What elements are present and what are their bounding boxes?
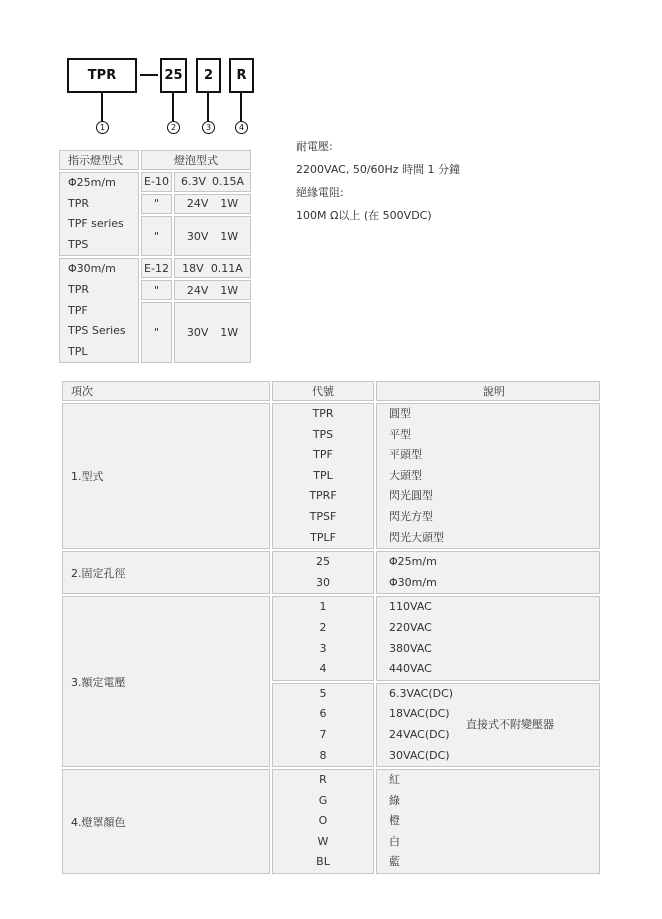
desc-value: 220VAC <box>389 618 599 639</box>
code-value: TPSF <box>273 507 373 528</box>
desc-value: 藍 <box>389 852 599 873</box>
model-line: TPF <box>68 301 138 322</box>
desc-value: 圓型 <box>389 404 599 425</box>
rating-voltage: 24V <box>187 197 209 210</box>
model-line: Φ25m/m <box>68 173 138 194</box>
code-value: 8 <box>273 746 373 767</box>
diagram-box-size: 25 <box>160 58 187 93</box>
lamp-spec-table: 指示燈型式 燈泡型式 Φ25m/m TPR TPF series TPS E-1… <box>57 148 253 365</box>
insulation-resistance-value: 100M Ω以上 (在 500VDC) <box>296 210 460 222</box>
desc-value: Φ25m/m <box>389 552 599 573</box>
desc-value: 紅 <box>389 770 599 791</box>
diagram-box-series: TPR <box>67 58 137 93</box>
section-codes-color: R G O W BL <box>272 769 374 874</box>
code-value: 3 <box>273 639 373 660</box>
code-value: 6 <box>273 704 373 725</box>
callout-2-icon: 2 <box>167 121 180 134</box>
section-descs-voltage-dc: 6.3VAC(DC) 18VAC(DC) 24VAC(DC) 30VAC(DC)… <box>376 683 600 767</box>
desc-value: 閃光方型 <box>389 507 599 528</box>
lamp-base: " <box>141 280 172 300</box>
diagram-stem <box>101 93 103 121</box>
model-line: TPR <box>68 280 138 301</box>
desc-value: 30VAC(DC) <box>389 746 453 767</box>
desc-value: 440VAC <box>389 659 599 680</box>
lamp-header-bulb: 燈泡型式 <box>141 150 251 170</box>
code-value: O <box>273 811 373 832</box>
code-value: 4 <box>273 659 373 680</box>
datasheet-page: TPR 25 2 R 1 2 3 4 指示燈型式 燈泡型式 Φ25m/m TPR… <box>0 0 662 919</box>
code-value: TPS <box>273 425 373 446</box>
rating-current: 0.11A <box>211 262 243 275</box>
rating-voltage: 30V <box>187 326 209 339</box>
section-codes-hole: 25 30 <box>272 551 374 594</box>
desc-value: 大頭型 <box>389 466 599 487</box>
section-descs-color: 紅 綠 橙 白 藍 <box>376 769 600 874</box>
desc-value: 平頭型 <box>389 445 599 466</box>
diagram-stem <box>207 93 209 121</box>
code-value: 7 <box>273 725 373 746</box>
col-header-desc: 說明 <box>376 381 600 401</box>
diagram-stem <box>240 93 242 121</box>
desc-value: 白 <box>389 832 599 853</box>
diagram-dash <box>140 74 158 76</box>
rating-voltage: 30V <box>187 230 209 243</box>
lamp-rating: 24V 1W <box>174 280 251 300</box>
lamp-rating: 6.3V 0.15A <box>174 172 251 192</box>
diagram-stem <box>172 93 174 121</box>
lamp-base: " <box>141 194 172 214</box>
rating-voltage: 6.3V <box>181 175 206 188</box>
section-codes-voltage-dc: 5 6 7 8 <box>272 683 374 767</box>
desc-value: 18VAC(DC) <box>389 704 453 725</box>
lamp-rating: 30V 1W <box>174 216 251 257</box>
lamp-rating: 18V 0.11A <box>174 258 251 278</box>
lamp-base: E-10 <box>141 172 172 192</box>
rating-voltage: 24V <box>187 284 209 297</box>
code-value: TPR <box>273 404 373 425</box>
desc-value: 6.3VAC(DC) <box>389 684 453 705</box>
model-line: Φ30m/m <box>68 259 138 280</box>
section-descs-hole: Φ25m/m Φ30m/m <box>376 551 600 594</box>
callout-4-icon: 4 <box>235 121 248 134</box>
desc-value: 綠 <box>389 791 599 812</box>
code-value: BL <box>273 852 373 873</box>
lamp-rating: 30V 1W <box>174 302 251 363</box>
section-codes-type: TPR TPS TPF TPL TPRF TPSF TPLF <box>272 403 374 549</box>
col-header-item: 項次 <box>62 381 270 401</box>
code-value: W <box>273 832 373 853</box>
insulation-resistance-label: 絕緣電阻: <box>296 187 460 199</box>
section-item-hole: 2.固定孔徑 <box>62 551 270 594</box>
code-value: TPL <box>273 466 373 487</box>
desc-value: Φ30m/m <box>389 573 599 594</box>
withstand-voltage-value: 2200VAC, 50/60Hz 時間 1 分鐘 <box>296 164 460 176</box>
code-value: 25 <box>273 552 373 573</box>
lamp-rating: 24V 1W <box>174 194 251 214</box>
lamp-models-30: Φ30m/m TPR TPF TPS Series TPL <box>59 258 139 363</box>
model-line: TPL <box>68 342 138 363</box>
desc-value: 閃光圓型 <box>389 486 599 507</box>
col-header-code: 代號 <box>272 381 374 401</box>
lamp-header-indicator: 指示燈型式 <box>59 150 139 170</box>
section-item-voltage: 3.額定電壓 <box>62 596 270 767</box>
callout-1-icon: 1 <box>96 121 109 134</box>
section-item-color: 4.燈罩顏色 <box>62 769 270 874</box>
diagram-box-voltage: 2 <box>196 58 221 93</box>
section-descs-voltage-ac: 110VAC 220VAC 380VAC 440VAC <box>376 596 600 680</box>
code-value: TPF <box>273 445 373 466</box>
desc-value: 380VAC <box>389 639 599 660</box>
electrical-specs: 耐電壓: 2200VAC, 50/60Hz 時間 1 分鐘 絕緣電阻: 100M… <box>296 141 460 233</box>
callout-3-icon: 3 <box>202 121 215 134</box>
section-descs-type: 圓型 平型 平頭型 大頭型 閃光圓型 閃光方型 閃光大頭型 <box>376 403 600 549</box>
code-value: 5 <box>273 684 373 705</box>
lamp-models-25: Φ25m/m TPR TPF series TPS <box>59 172 139 256</box>
code-value: TPRF <box>273 486 373 507</box>
withstand-voltage-label: 耐電壓: <box>296 141 460 153</box>
code-value: 2 <box>273 618 373 639</box>
rating-voltage: 18V <box>182 262 204 275</box>
section-codes-voltage-ac: 1 2 3 4 <box>272 596 374 680</box>
code-value: 30 <box>273 573 373 594</box>
model-line: TPR <box>68 194 138 215</box>
code-value: R <box>273 770 373 791</box>
rating-current: 1W <box>220 284 238 297</box>
rating-current: 1W <box>220 326 238 339</box>
rating-current: 1W <box>220 230 238 243</box>
rating-current: 0.15A <box>212 175 244 188</box>
section-item-type: 1.型式 <box>62 403 270 549</box>
code-value: G <box>273 791 373 812</box>
desc-value: 平型 <box>389 425 599 446</box>
desc-value: 24VAC(DC) <box>389 725 453 746</box>
ordering-code-table: 項次 代號 說明 1.型式 TPR TPS TPF TPL TPRF TPSF … <box>60 379 602 876</box>
model-line: TPS Series <box>68 321 138 342</box>
lamp-base: " <box>141 216 172 257</box>
model-line: TPS <box>68 235 138 256</box>
code-value: TPLF <box>273 528 373 549</box>
desc-value: 閃光大頭型 <box>389 528 599 549</box>
lamp-base: E-12 <box>141 258 172 278</box>
desc-value: 110VAC <box>389 597 599 618</box>
code-value: 1 <box>273 597 373 618</box>
rating-current: 1W <box>220 197 238 210</box>
desc-value: 橙 <box>389 811 599 832</box>
direct-type-note: 直接式不附變壓器 <box>466 715 554 736</box>
lamp-base: " <box>141 302 172 363</box>
model-line: TPF series <box>68 214 138 235</box>
diagram-box-color: R <box>229 58 254 93</box>
